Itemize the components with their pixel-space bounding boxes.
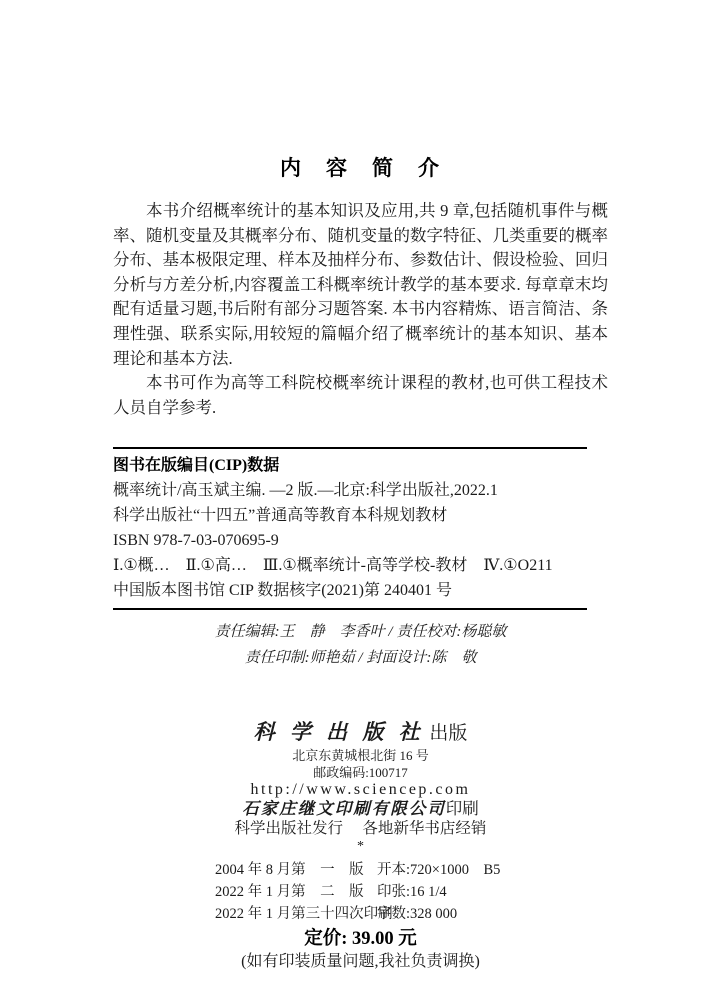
cip-title-line: 概率统计/高玉斌主编. —2 版.—北京:科学出版社,2022.1 bbox=[113, 478, 587, 503]
wordcount-cell: 字数:328 000 bbox=[377, 903, 457, 925]
intro-paragraph-2: 本书可作为高等工科院校概率统计课程的教材,也可供工程技术人员自学参考. bbox=[113, 371, 608, 420]
table-row: 2022 年 1 月第三十四次印刷 字数:328 000 bbox=[215, 903, 608, 925]
press-logo-text: 科 学 出 版 社 bbox=[254, 720, 425, 744]
distribution-line: 科学出版社发行 各地新华书店经销 bbox=[113, 819, 608, 839]
cip-series-line: 科学出版社“十四五”普通高等教育本科规划教材 bbox=[113, 503, 587, 528]
printer-suffix: 印刷 bbox=[446, 799, 479, 818]
cip-classification-line: Ⅰ.①概… Ⅱ.①高… Ⅲ.①概率统计-高等学校-教材 Ⅳ.①O211 bbox=[113, 553, 587, 578]
quality-note: (如有印装质量问题,我社负责调换) bbox=[113, 951, 608, 973]
isbn-line: ISBN 978-7-03-070695-9 bbox=[113, 528, 587, 553]
print-history-table: 2004 年 8 月第 一 版 开本:720×1000 B5 2022 年 1 … bbox=[215, 859, 608, 925]
content-column: 内 容 简 介 本书介绍概率统计的基本知识及应用,共 9 章,包括随机事件与概率… bbox=[113, 155, 608, 973]
cip-data-box: 图书在版编目(CIP)数据 概率统计/高玉斌主编. —2 版.—北京:科学出版社… bbox=[113, 447, 587, 610]
price-line: 定价: 39.00 元 bbox=[113, 927, 608, 951]
press-line: 科 学 出 版 社 出版 bbox=[113, 719, 608, 747]
staff-print-design-line: 责任印制:师艳茹 / 封面设计:陈 敬 bbox=[113, 645, 608, 671]
publisher-block: 科 学 出 版 社 出版 北京东黄城根北街 16 号 邮政编码:100717 h… bbox=[113, 719, 608, 855]
intro-title: 内 容 简 介 bbox=[113, 155, 608, 181]
intro-paragraph-1: 本书介绍概率统计的基本知识及应用,共 9 章,包括随机事件与概率、随机变量及其概… bbox=[113, 199, 608, 371]
staff-editors-line: 责任编辑:王 静 李香叶 / 责任校对:杨聪敏 bbox=[113, 619, 608, 645]
staff-credits: 责任编辑:王 静 李香叶 / 责任校对:杨聪敏 责任印制:师艳茹 / 封面设计:… bbox=[113, 619, 608, 671]
table-row: 2004 年 8 月第 一 版 开本:720×1000 B5 bbox=[215, 859, 608, 881]
press-website: http://www.sciencep.com bbox=[113, 781, 608, 799]
format-cell: 开本:720×1000 B5 bbox=[377, 859, 500, 881]
copyright-page: 内 容 简 介 本书介绍概率统计的基本知识及应用,共 9 章,包括随机事件与概率… bbox=[0, 0, 720, 1000]
cip-heading: 图书在版编目(CIP)数据 bbox=[113, 453, 587, 478]
printer-name: 石家庄继文印刷有限公司 bbox=[242, 799, 446, 818]
press-suffix: 出版 bbox=[425, 723, 468, 744]
edition-cell: 2022 年 1 月第 二 版 bbox=[215, 881, 377, 903]
intro-section: 本书介绍概率统计的基本知识及应用,共 9 章,包括随机事件与概率、随机变量及其概… bbox=[113, 199, 608, 420]
printing-cell: 2022 年 1 月第三十四次印刷 bbox=[215, 903, 377, 925]
sheets-cell: 印张:16 1/4 bbox=[377, 881, 447, 903]
edition-cell: 2004 年 8 月第 一 版 bbox=[215, 859, 377, 881]
printer-line: 石家庄继文印刷有限公司印刷 bbox=[113, 799, 608, 819]
asterisk-separator: * bbox=[113, 839, 608, 855]
cip-record-line: 中国版本图书馆 CIP 数据核字(2021)第 240401 号 bbox=[113, 578, 587, 603]
press-postcode: 邮政编码:100717 bbox=[113, 764, 608, 781]
table-row: 2022 年 1 月第 二 版 印张:16 1/4 bbox=[215, 881, 608, 903]
press-address: 北京东黄城根北街 16 号 bbox=[113, 747, 608, 764]
